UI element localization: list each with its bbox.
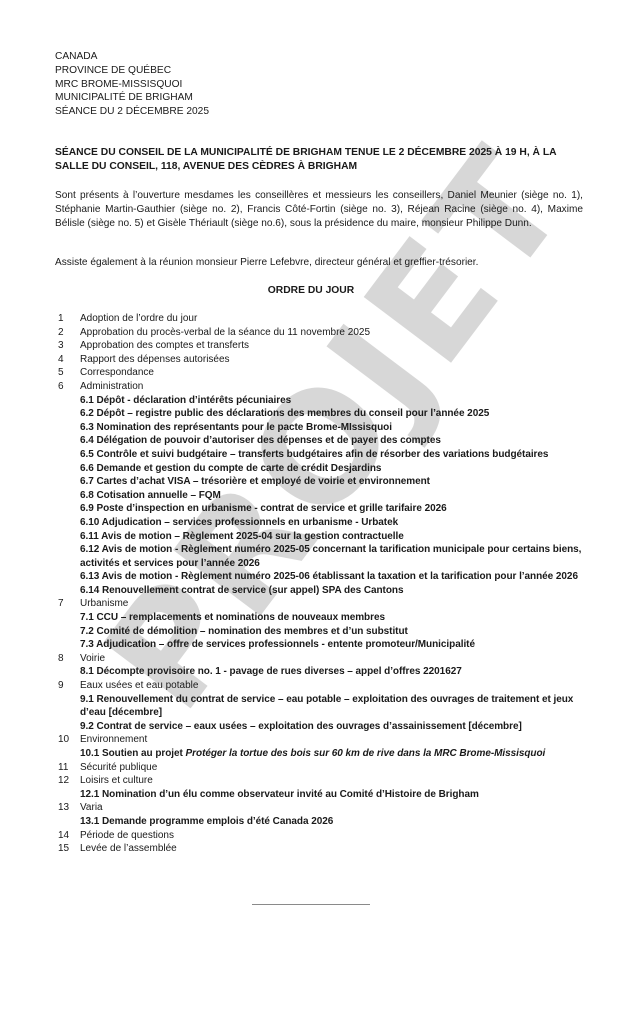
agenda-item: 13Varia [55, 801, 590, 815]
agenda-subitem: 7.1 CCU – remplacements et nominations d… [55, 611, 590, 625]
agenda-subitem: 8.1 Décompte provisoire no. 1 - pavage d… [55, 665, 590, 679]
agenda-item: 15Levée de l’assemblée [55, 842, 590, 856]
agenda-item: 11Sécurité publique [55, 761, 590, 775]
agenda-item-label: Adoption de l’ordre du jour [80, 312, 590, 326]
agenda-item-label: Eaux usées et eau potable [80, 679, 590, 693]
agenda-item: 3Approbation des comptes et transferts [55, 339, 590, 353]
agenda-subitem: 6.6 Demande et gestion du compte de cart… [55, 462, 590, 476]
agenda-item-label: Correspondance [80, 366, 590, 380]
agenda-item: 4Rapport des dépenses autorisées [55, 353, 590, 367]
agenda-item: 5Correspondance [55, 366, 590, 380]
agenda-subitem-project-title: Protéger la tortue des bois sur 60 km de… [186, 748, 546, 759]
agenda-subitem: 7.3 Adjudication – offre de services pro… [55, 638, 590, 652]
agenda-item-number: 3 [55, 339, 80, 353]
agenda-list: 1Adoption de l’ordre du jour2Approbation… [55, 312, 590, 856]
agenda-item-label: Levée de l’assemblée [80, 842, 590, 856]
agenda-item-label: Sécurité publique [80, 761, 590, 775]
header-line-session: SÉANCE DU 2 DÉCEMBRE 2025 [55, 105, 209, 119]
agenda-subitem: 6.13 Avis de motion - Règlement numéro 2… [55, 570, 590, 584]
agenda-item-number: 14 [55, 829, 80, 843]
agenda-subitem: 6.10 Adjudication – services professionn… [55, 516, 590, 530]
agenda-item: 12Loisirs et culture [55, 774, 590, 788]
agenda-item: 2Approbation du procès-verbal de la séan… [55, 326, 590, 340]
agenda-item-label: Voirie [80, 652, 590, 666]
document-page: PROJET CANADA PROVINCE DE QUÉBEC MRC BRO… [0, 0, 622, 1024]
agenda-item-number: 2 [55, 326, 80, 340]
agenda-subitem: 13.1 Demande programme emplois d’été Can… [55, 815, 590, 829]
agenda-item-label: Approbation des comptes et transferts [80, 339, 590, 353]
session-title: SÉANCE DU CONSEIL DE LA MUNICIPALITÉ DE … [55, 146, 583, 174]
agenda-item-number: 1 [55, 312, 80, 326]
agenda-item: 14Période de questions [55, 829, 590, 843]
agenda-item-label: Urbanisme [80, 597, 590, 611]
agenda-subitem: 6.2 Dépôt – registre public des déclarat… [55, 407, 590, 421]
attendance-paragraph: Assiste également à la réunion monsieur … [55, 256, 583, 270]
agenda-subitem: 6.1 Dépôt - déclaration d’intérêts pécun… [55, 394, 590, 408]
agenda-item-number: 7 [55, 597, 80, 611]
document-header: CANADA PROVINCE DE QUÉBEC MRC BROME-MISS… [55, 50, 209, 119]
agenda-subitem: 6.9 Poste d’inspection en urbanisme - co… [55, 502, 590, 516]
agenda-item-label: Rapport des dépenses autorisées [80, 353, 590, 367]
agenda-subitem: 10.1 Soutien au projet Protéger la tortu… [55, 747, 590, 761]
agenda-item: 8Voirie [55, 652, 590, 666]
header-line-country: CANADA [55, 50, 209, 64]
agenda-item: 6Administration [55, 380, 590, 394]
header-line-mrc: MRC BROME-MISSISQUOI [55, 78, 209, 92]
agenda-subitem: 6.7 Cartes d’achat VISA – trésorière et … [55, 475, 590, 489]
agenda-item-label: Varia [80, 801, 590, 815]
agenda-subitem-prefix: 10.1 Soutien au projet [80, 748, 186, 759]
agenda-item: 10Environnement [55, 733, 590, 747]
agenda-item-label: Loisirs et culture [80, 774, 590, 788]
agenda-item-number: 8 [55, 652, 80, 666]
agenda-subitem: 6.12 Avis de motion - Règlement numéro 2… [55, 543, 590, 570]
agenda-item-number: 6 [55, 380, 80, 394]
agenda-item-label: Approbation du procès-verbal de la séanc… [80, 326, 590, 340]
agenda-item-label: Environnement [80, 733, 590, 747]
header-line-province: PROVINCE DE QUÉBEC [55, 64, 209, 78]
signature-line [252, 904, 370, 905]
agenda-item-label: Administration [80, 380, 590, 394]
agenda-subitem: 9.1 Renouvellement du contrat de service… [55, 693, 590, 720]
agenda-item: 1Adoption de l’ordre du jour [55, 312, 590, 326]
agenda-subitem: 9.2 Contrat de service – eaux usées – ex… [55, 720, 590, 734]
agenda-item-number: 5 [55, 366, 80, 380]
agenda-subitem: 6.14 Renouvellement contrat de service (… [55, 584, 590, 598]
presence-paragraph: Sont présents à l’ouverture mesdames les… [55, 189, 583, 231]
agenda-item-number: 4 [55, 353, 80, 367]
agenda-item-number: 10 [55, 733, 80, 747]
agenda-item-number: 13 [55, 801, 80, 815]
agenda-subitem: 7.2 Comité de démolition – nomination de… [55, 625, 590, 639]
agenda-subitem: 12.1 Nomination d’un élu comme observate… [55, 788, 590, 802]
agenda-item-number: 9 [55, 679, 80, 693]
agenda-subitem: 6.4 Délégation de pouvoir d’autoriser de… [55, 434, 590, 448]
agenda-heading: ORDRE DU JOUR [0, 285, 622, 296]
agenda-item-number: 12 [55, 774, 80, 788]
agenda-item-label: Période de questions [80, 829, 590, 843]
agenda-subitem: 6.3 Nomination des représentants pour le… [55, 421, 590, 435]
agenda-item: 7Urbanisme [55, 597, 590, 611]
agenda-subitem: 6.11 Avis de motion – Règlement 2025-04 … [55, 530, 590, 544]
header-line-municipality: MUNICIPALITÉ DE BRIGHAM [55, 91, 209, 105]
agenda-item-number: 15 [55, 842, 80, 856]
agenda-item-number: 11 [55, 761, 80, 775]
agenda-subitem: 6.8 Cotisation annuelle – FQM [55, 489, 590, 503]
agenda-item: 9Eaux usées et eau potable [55, 679, 590, 693]
agenda-subitem: 6.5 Contrôle et suivi budgétaire – trans… [55, 448, 590, 462]
